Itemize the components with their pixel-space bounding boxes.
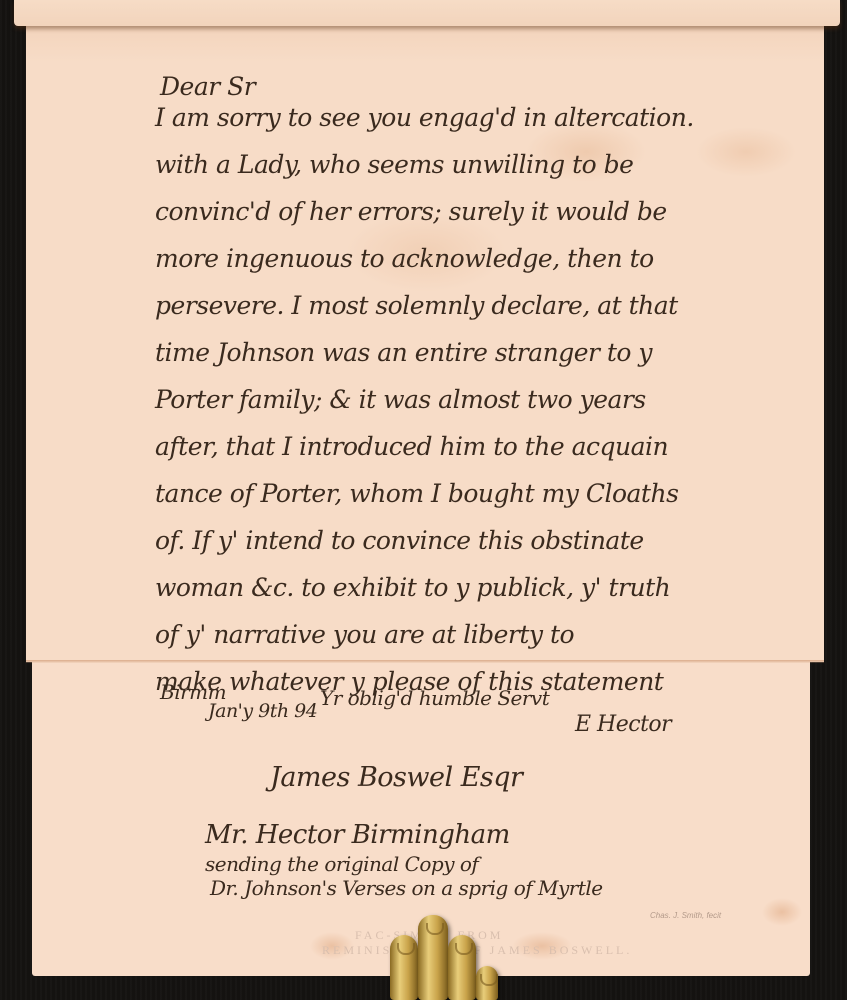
letter-line-2: with a Lady, who seems unwilling to be [155,150,633,179]
clip-finger-icon [390,935,418,1000]
annotation-line-3: Dr. Johnson's Verses on a sprig of Myrtl… [210,876,603,900]
paper-fold-crease [26,660,824,663]
letter-line-5: persevere. I most solemnly declare, at t… [155,291,678,320]
letter-line-3: convinc'd of her errors; surely it would… [155,197,667,226]
letter-line-8: after, that I introduced him to the acqu… [155,432,668,461]
engraver-credit: Chas. J. Smith, fecit [650,911,721,920]
letter-closing: Yr oblig'd humble Servt [320,686,549,710]
letter-line-7: Porter family; & it was almost two years [155,385,646,414]
clip-finger-icon [476,966,498,1000]
letter-line-11: woman &c. to exhibit to y publick, y' tr… [155,573,670,602]
annotation-line-1: Mr. Hector Birmingham [205,820,510,850]
letter-line-1: I am sorry to see you engag'd in alterca… [155,103,694,132]
clip-finger-icon [418,915,448,1000]
letter-line-4: more ingenuous to acknowledge, then to [155,244,654,273]
annotation-line-2: sending the original Copy of [205,852,478,876]
letter-line-10: of. If y' intend to convince this obstin… [155,526,644,555]
letter-line-12: of y' narrative you are at liberty to [155,620,574,649]
letter-addressee: James Boswel Esqr [270,762,522,793]
brass-hand-clip [390,915,500,1000]
letter-line-6: time Johnson was an entire stranger to y [155,338,652,367]
clip-finger-icon [448,935,476,1000]
folded-paper-top-edge [14,0,840,26]
letter-signature: E Hector [575,712,671,737]
letter-line-9: tance of Porter, whom I bought my Cloath… [155,479,678,508]
letter-salutation: Dear Sr [160,72,255,101]
letter-date: Jan'y 9th 94 [208,700,317,722]
